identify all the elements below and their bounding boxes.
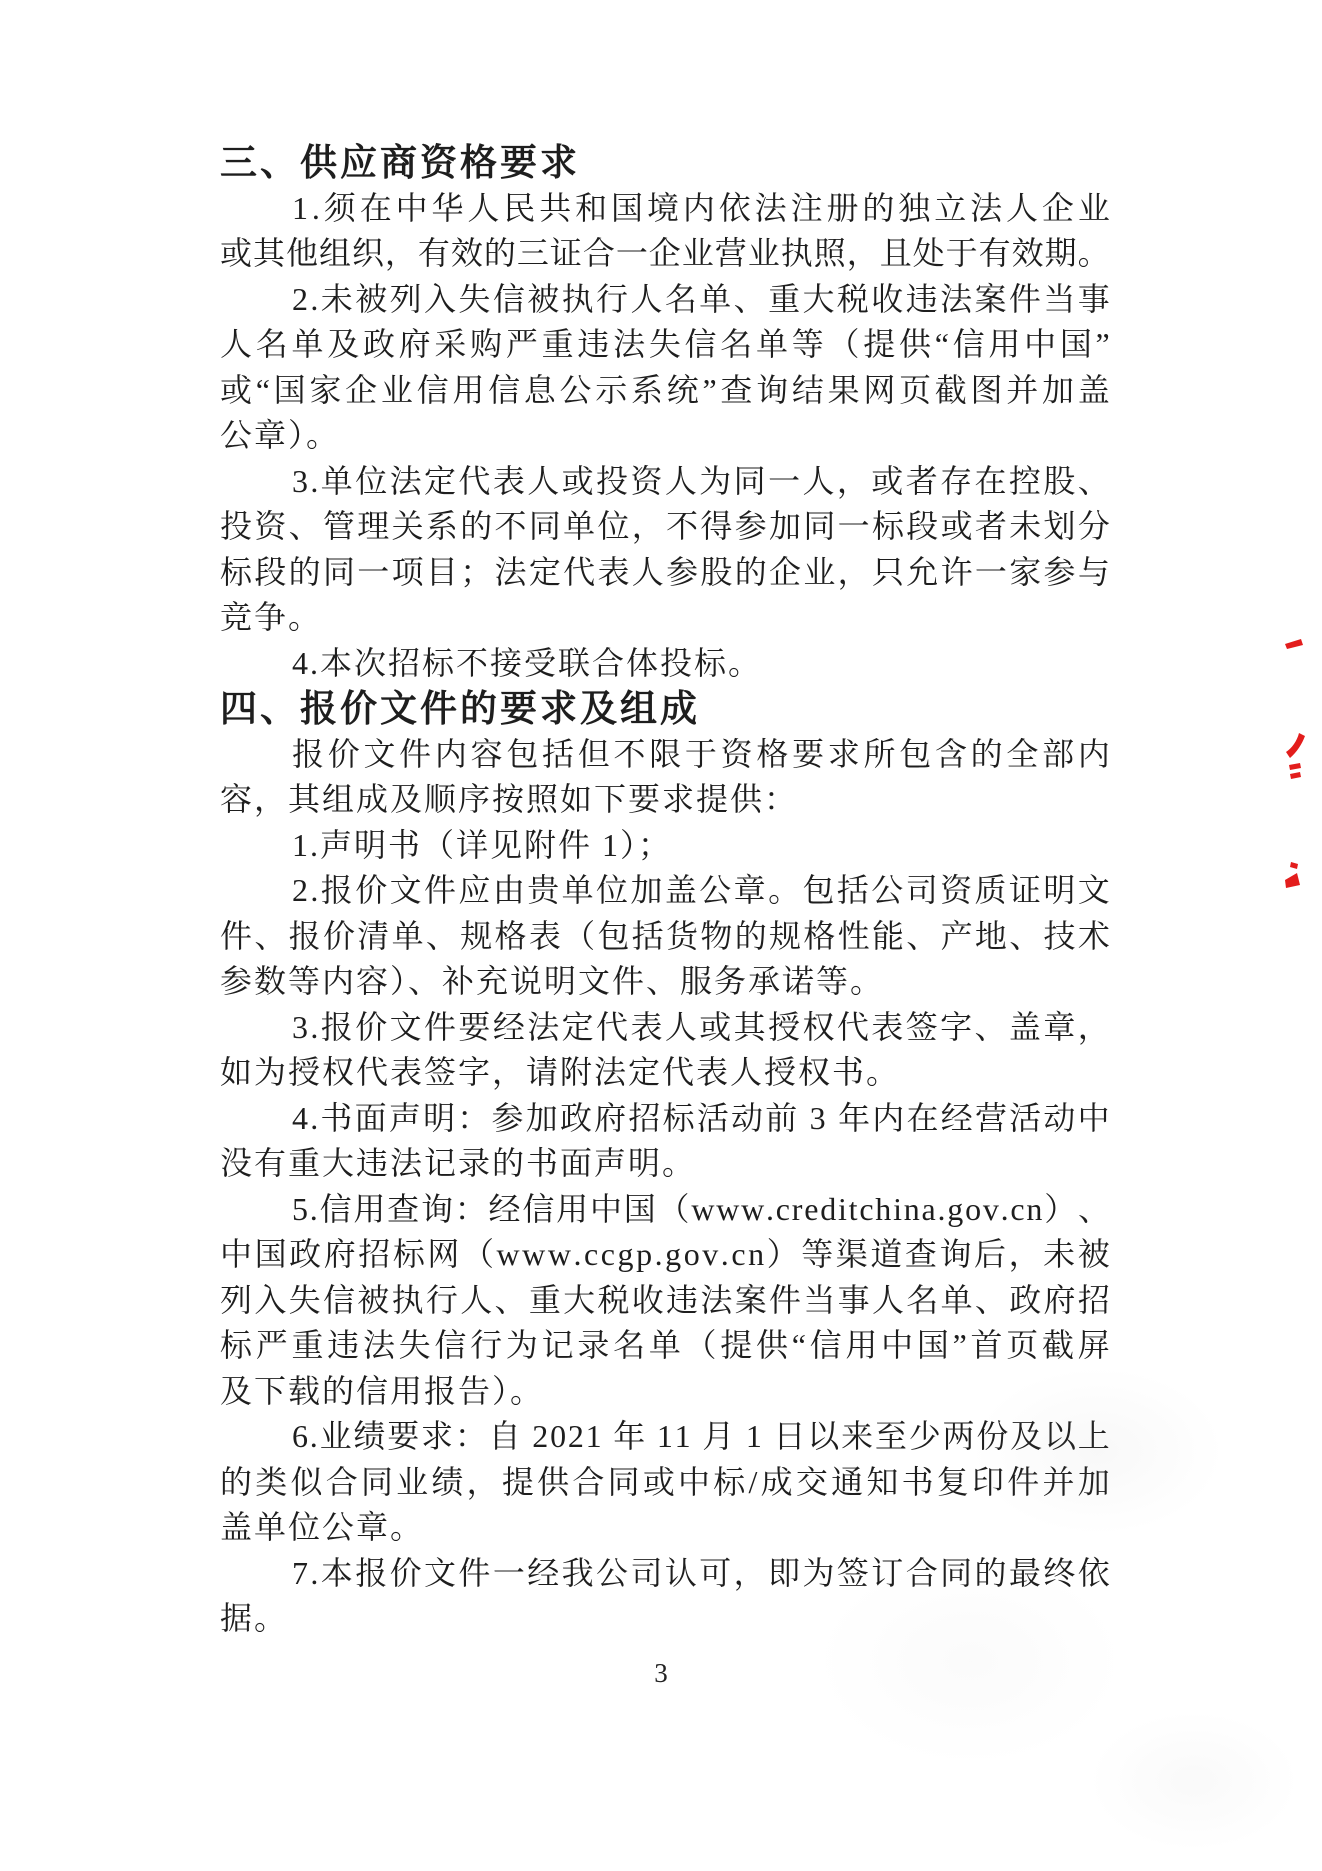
- document-page: 三、供应商资格要求1.须在中华人民共和国境内依法注册的独立法人企业或其他组织，有…: [0, 0, 1322, 1871]
- text-line: 报价文件内容包括但不限于资格要求所包含的全部内: [292, 732, 1110, 778]
- text-line: 容，其组成及顺序按照如下要求提供：: [220, 777, 1110, 823]
- text-line: 参数等内容）、补充说明文件、服务承诺等。: [220, 959, 1110, 1005]
- text-line: 3.报价文件要经法定代表人或其授权代表签字、盖章，: [292, 1005, 1110, 1051]
- text-line: 3.单位法定代表人或投资人为同一人，或者存在控股、: [292, 459, 1110, 505]
- red-ink-mark: [1289, 763, 1301, 779]
- text-line: 2.未被列入失信被执行人名单、重大税收违法案件当事: [292, 277, 1110, 323]
- text-line: 1.声明书（详见附件 1）；: [292, 823, 1110, 869]
- text-line: 4.书面声明：参加政府招标活动前 3 年内在经营活动中: [292, 1096, 1110, 1142]
- text-line: 据。: [220, 1596, 1110, 1642]
- text-line: 6.业绩要求：自 2021 年 11 月 1 日以来至少两份及以上: [292, 1414, 1110, 1460]
- text-line: 如为授权代表签字，请附法定代表人授权书。: [220, 1050, 1110, 1096]
- text-line: 1.须在中华人民共和国境内依法注册的独立法人企业: [292, 186, 1110, 232]
- red-ink-mark: [1285, 639, 1303, 649]
- text-line: 投资、管理关系的不同单位，不得参加同一标段或者未划分: [220, 504, 1110, 550]
- text-line: 或其他组织，有效的三证合一企业营业执照，且处于有效期。: [220, 231, 1110, 277]
- text-line: 标段的同一项目；法定代表人参股的企业，只允许一家参与: [220, 550, 1110, 596]
- text-line: 件、报价清单、规格表（包括货物的规格性能、产地、技术: [220, 914, 1110, 960]
- section-heading: 四、报价文件的要求及组成: [220, 686, 1110, 732]
- text-line: 及下载的信用报告）。: [220, 1369, 1110, 1415]
- document-text: 三、供应商资格要求1.须在中华人民共和国境内依法注册的独立法人企业或其他组织，有…: [220, 140, 1110, 1642]
- text-line: 盖单位公章。: [220, 1505, 1110, 1551]
- section-heading: 三、供应商资格要求: [220, 140, 1110, 186]
- red-ink-marks: [1282, 635, 1322, 905]
- text-line: 人名单及政府采购严重违法失信名单等（提供“信用中国”: [220, 322, 1110, 368]
- text-line: 竞争。: [220, 595, 1110, 641]
- text-line: 列入失信被执行人、重大税收违法案件当事人名单、政府招: [220, 1278, 1110, 1324]
- text-line: 标严重违法失信行为记录名单（提供“信用中国”首页截屏: [220, 1323, 1110, 1369]
- text-line: 公章）。: [220, 413, 1110, 459]
- text-line: 7.本报价文件一经我公司认可，即为签订合同的最终依: [292, 1551, 1110, 1597]
- text-line: 5.信用查询：经信用中国（www.creditchina.gov.cn）、: [292, 1187, 1110, 1233]
- text-line: 4.本次招标不接受联合体投标。: [292, 641, 1110, 687]
- text-line: 或“国家企业信用信息公示系统”查询结果网页截图并加盖: [220, 368, 1110, 414]
- text-line: 没有重大违法记录的书面声明。: [220, 1141, 1110, 1187]
- text-line: 2.报价文件应由贵单位加盖公章。包括公司资质证明文: [292, 868, 1110, 914]
- text-line: 的类似合同业绩，提供合同或中标/成交通知书复印件并加: [220, 1460, 1110, 1506]
- text-line: 中国政府招标网（www.ccgp.gov.cn）等渠道查询后，未被: [220, 1232, 1110, 1278]
- red-ink-mark: [1285, 862, 1300, 888]
- page-number: 3: [0, 1658, 1322, 1689]
- red-ink-mark: [1286, 733, 1305, 758]
